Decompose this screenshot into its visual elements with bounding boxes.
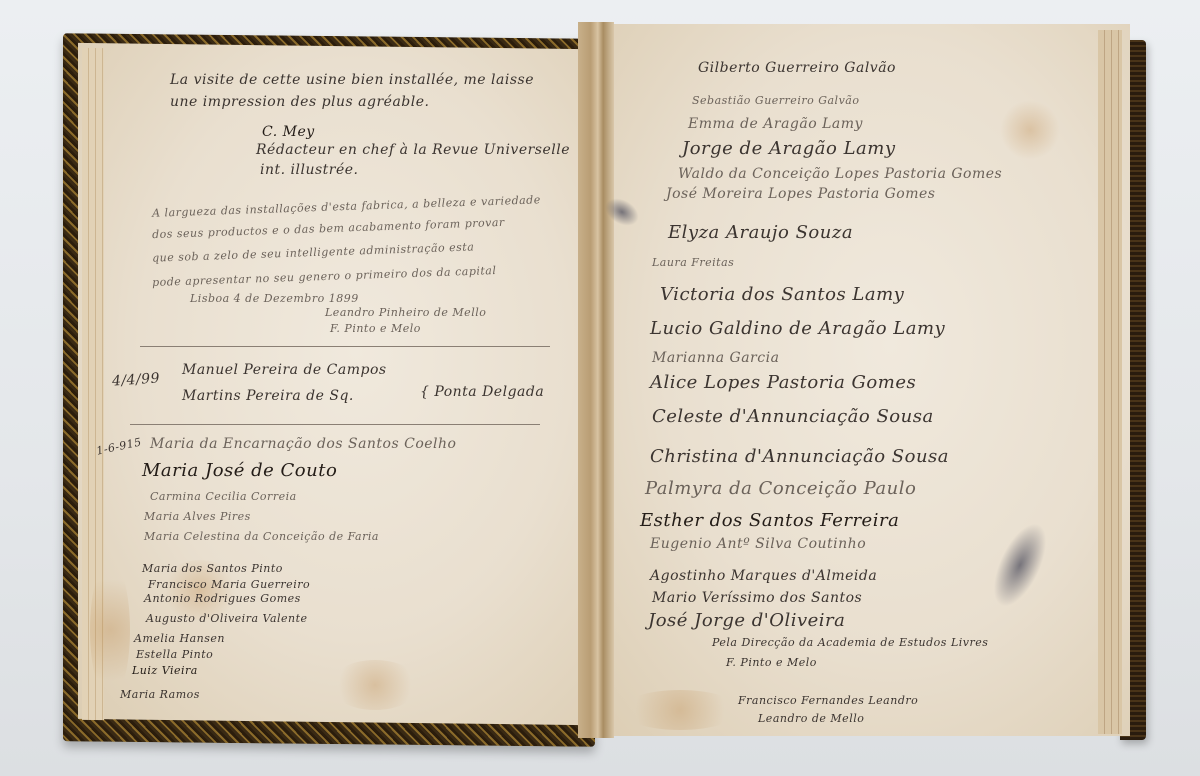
signature: Francisco Fernandes Leandro: [738, 694, 918, 707]
signature: Marianna Garcia: [652, 350, 779, 366]
open-guestbook: La visite de cette usine bien installée,…: [0, 0, 1200, 776]
signature: Eugenio Antº Silva Coutinho: [650, 536, 866, 552]
signature: Francisco Maria Guerreiro: [148, 578, 310, 591]
signature: Mario Veríssimo dos Santos: [652, 590, 862, 606]
signature: Estella Pinto: [136, 648, 213, 661]
entry-date: 4/4/99: [112, 370, 161, 389]
foxing-stain: [330, 660, 420, 710]
signature: Amelia Hansen: [134, 632, 225, 645]
signature: Maria dos Santos Pinto: [142, 562, 283, 575]
handwritten-heading: Maria da Encarnação dos Santos Coelho: [150, 436, 456, 452]
closing-line: Pela Direcção da Academia de Estudos Liv…: [712, 636, 988, 649]
signature: Elyza Araujo Souza: [668, 222, 853, 243]
signature: Leandro de Mello: [758, 712, 864, 725]
signature: José Moreira Lopes Pastoria Gomes: [666, 186, 935, 202]
signature: Lucio Galdino de Aragão Lamy: [650, 318, 945, 339]
handwritten-line: int. illustrée.: [260, 162, 359, 178]
signature: Victoria dos Santos Lamy: [660, 284, 904, 305]
signature: Augusto d'Oliveira Valente: [146, 612, 308, 625]
handwritten-line: La visite de cette usine bien installée,…: [170, 72, 534, 88]
signature: Esther dos Santos Ferreira: [640, 510, 899, 531]
book-gutter: [578, 22, 614, 738]
signature: Jorge de Aragão Lamy: [682, 138, 896, 159]
handwritten-line: Martins Pereira de Sq.: [182, 388, 354, 404]
signature: Palmyra da Conceição Paulo: [645, 478, 916, 499]
signature: Maria Ramos: [120, 688, 200, 701]
signature: José Jorge d'Oliveira: [648, 610, 845, 631]
date-line: Lisboa 4 de Dezembro 1899: [190, 292, 359, 305]
signature: Emma de Aragão Lamy: [688, 116, 863, 132]
signature: Maria Alves Pires: [144, 510, 251, 523]
handwritten-line: une impression des plus agréable.: [170, 94, 429, 110]
handwritten-line: Manuel Pereira de Campos: [182, 362, 387, 378]
place-name: { Ponta Delgada: [420, 384, 544, 400]
signature: Agostinho Marques d'Almeida: [650, 568, 877, 584]
foxing-stain: [90, 560, 130, 700]
signature: F. Pinto e Melo: [726, 656, 817, 669]
signature: Maria José de Couto: [142, 460, 337, 481]
foxing-stain: [620, 690, 740, 730]
signature: Gilberto Guerreiro Galvão: [698, 60, 896, 76]
signature: Sebastião Guerreiro Galvão: [692, 94, 859, 107]
handwritten-line: Rédacteur en chef à la Revue Universelle: [256, 142, 570, 158]
foxing-stain: [1000, 100, 1060, 160]
right-page-edges: [1098, 30, 1122, 734]
signature: Antonio Rodrigues Gomes: [144, 592, 301, 605]
divider-line: [130, 424, 540, 425]
signature: Maria Celestina da Conceição de Faria: [144, 530, 379, 543]
signature: Leandro Pinheiro de Mello: [325, 306, 486, 319]
signature: C. Mey: [262, 124, 315, 140]
signature: Alice Lopes Pastoria Gomes: [650, 372, 916, 393]
signature: Luiz Vieira: [132, 664, 198, 677]
signature: Laura Freitas: [652, 256, 734, 269]
divider-line: [140, 346, 550, 347]
signature: Waldo da Conceição Lopes Pastoria Gomes: [678, 166, 1002, 182]
signature: Celeste d'Annunciação Sousa: [652, 406, 934, 427]
signature: Carmina Cecilia Correia: [150, 490, 297, 503]
signature: Christina d'Annunciação Sousa: [650, 446, 949, 467]
signature: F. Pinto e Melo: [330, 322, 421, 335]
